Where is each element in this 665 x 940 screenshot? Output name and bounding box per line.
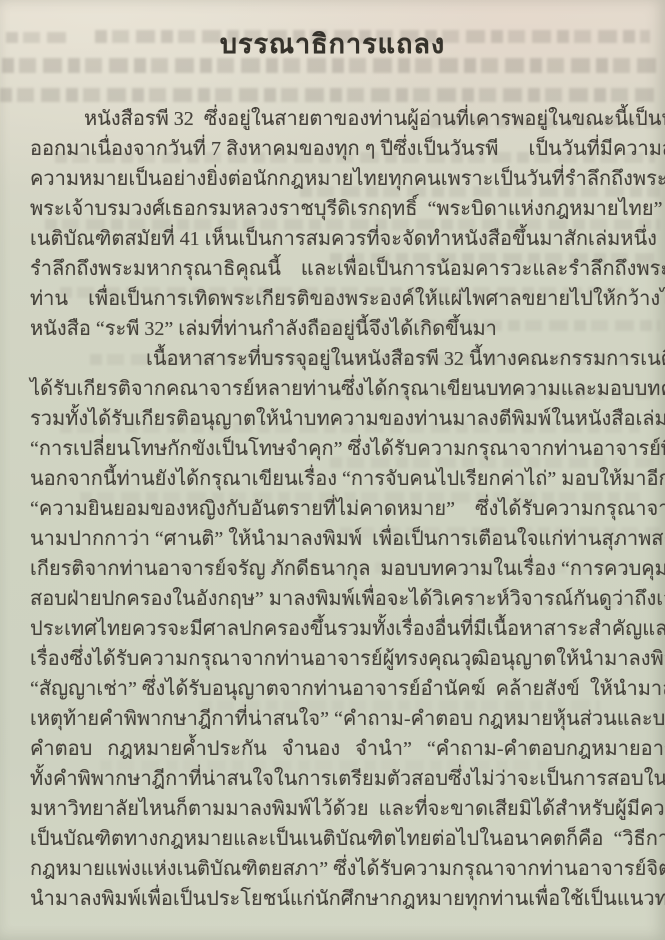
text-line: ได้รับเกียรติจากคณาจารย์หลายท่านซึ่งได้ก…	[30, 374, 640, 404]
text-line: พระเจ้าบรมวงศ์เธอกรมหลวงราชบุรีดิเรกฤทธิ…	[30, 194, 640, 224]
text-line: รวมทั้งได้รับเกียรติอนุญาตให้นำบทความของ…	[30, 404, 640, 434]
text-line: ออกมาเนื่องจากวันที่ 7 สิงหาคมของทุก ๆ ป…	[30, 134, 640, 164]
text-line: คำตอบ กฎหมายค้ำประกัน จำนอง จำนำ” “คำถาม…	[30, 734, 640, 764]
page-title: บรรณาธิการแถลง	[0, 22, 665, 65]
text-line: หนังสือรพี 32 ซึ่งอยู่ในสายตาของท่านผู้อ…	[30, 104, 640, 134]
text-line: นามปากกาว่า “ศานติ” ให้นำมาลงพิมพ์ เพื่อ…	[30, 524, 640, 554]
text-line: มหาวิทยาลัยไหนก็ตามมาลงพิมพ์ไว้ด้วย และท…	[30, 794, 640, 824]
text-line: เนติบัณฑิตสมัยที่ 41 เห็นเป็นการสมควรที่…	[30, 224, 640, 254]
text-line: เหตุท้ายคำพิพากษาฎีกาที่น่าสนใจ” “คำถาม-…	[30, 704, 640, 734]
text-line: เรื่องซึ่งได้รับความกรุณาจากท่านอาจารย์ผ…	[30, 644, 640, 674]
text-line: ความหมายเป็นอย่างยิ่งต่อนักกฎหมายไทยทุกค…	[30, 164, 640, 194]
text-line: รำลึกถึงพระมหากรุณาธิคุณนี้ และเพื่อเป็น…	[30, 254, 640, 284]
body-text: หนังสือรพี 32 ซึ่งอยู่ในสายตาของท่านผู้อ…	[30, 104, 640, 914]
text-line: ประเทศไทยควรจะมีศาลปกครองขึ้นรวมทั้งเรื่…	[30, 614, 640, 644]
paragraph: เนื้อหาสาระที่บรรจุอยู่ในหนังสือรพี 32 น…	[30, 344, 640, 914]
text-line: เป็นบัณฑิตทางกฎหมายและเป็นเนติบัณฑิตไทยต…	[30, 824, 640, 854]
text-line: “สัญญาเช่า” ซึ่งได้รับอนุญาตจากท่านอาจาร…	[30, 674, 640, 704]
bleedthrough-artifact	[0, 88, 655, 102]
text-line: ท่าน เพื่อเป็นการเทิดพระเกียรติของพระองค…	[30, 284, 640, 314]
text-line: นำมาลงพิมพ์เพื่อเป็นประโยชน์แก่นักศึกษาก…	[30, 884, 640, 914]
text-line: นอกจากนี้ท่านยังได้กรุณาเขียนเรื่อง “การ…	[30, 464, 640, 494]
text-line: หนังสือ “ระพี 32” เล่มที่ท่านกำลังถืออยู…	[30, 314, 640, 344]
text-line: เนื้อหาสาระที่บรรจุอยู่ในหนังสือรพี 32 น…	[30, 344, 640, 374]
text-line: เกียรติจากท่านอาจารย์จรัญ ภักดีธนากุล มอ…	[30, 554, 640, 584]
text-line: ทั้งคำพิพากษาฎีกาที่น่าสนใจในการเตรียมตั…	[30, 764, 640, 794]
scanned-book-page: บรรณาธิการแถลง หนังสือรพี 32 ซึ่งอยู่ในส…	[0, 0, 665, 940]
text-line: กฎหมายแพ่งแห่งเนติบัณฑิตยสภา” ซึ่งได้รับ…	[30, 854, 640, 884]
text-line: สอบฝ่ายปกครองในอังกฤษ” มาลงพิมพ์เพื่อจะไ…	[30, 584, 640, 614]
paragraph: หนังสือรพี 32 ซึ่งอยู่ในสายตาของท่านผู้อ…	[30, 104, 640, 344]
text-line: “ความยินยอมของหญิงกับอันตรายที่ไม่คาดหมา…	[30, 494, 640, 524]
text-line: “การเปลี่ยนโทษกักขังเป็นโทษจำคุก” ซึ่งได…	[30, 434, 640, 464]
